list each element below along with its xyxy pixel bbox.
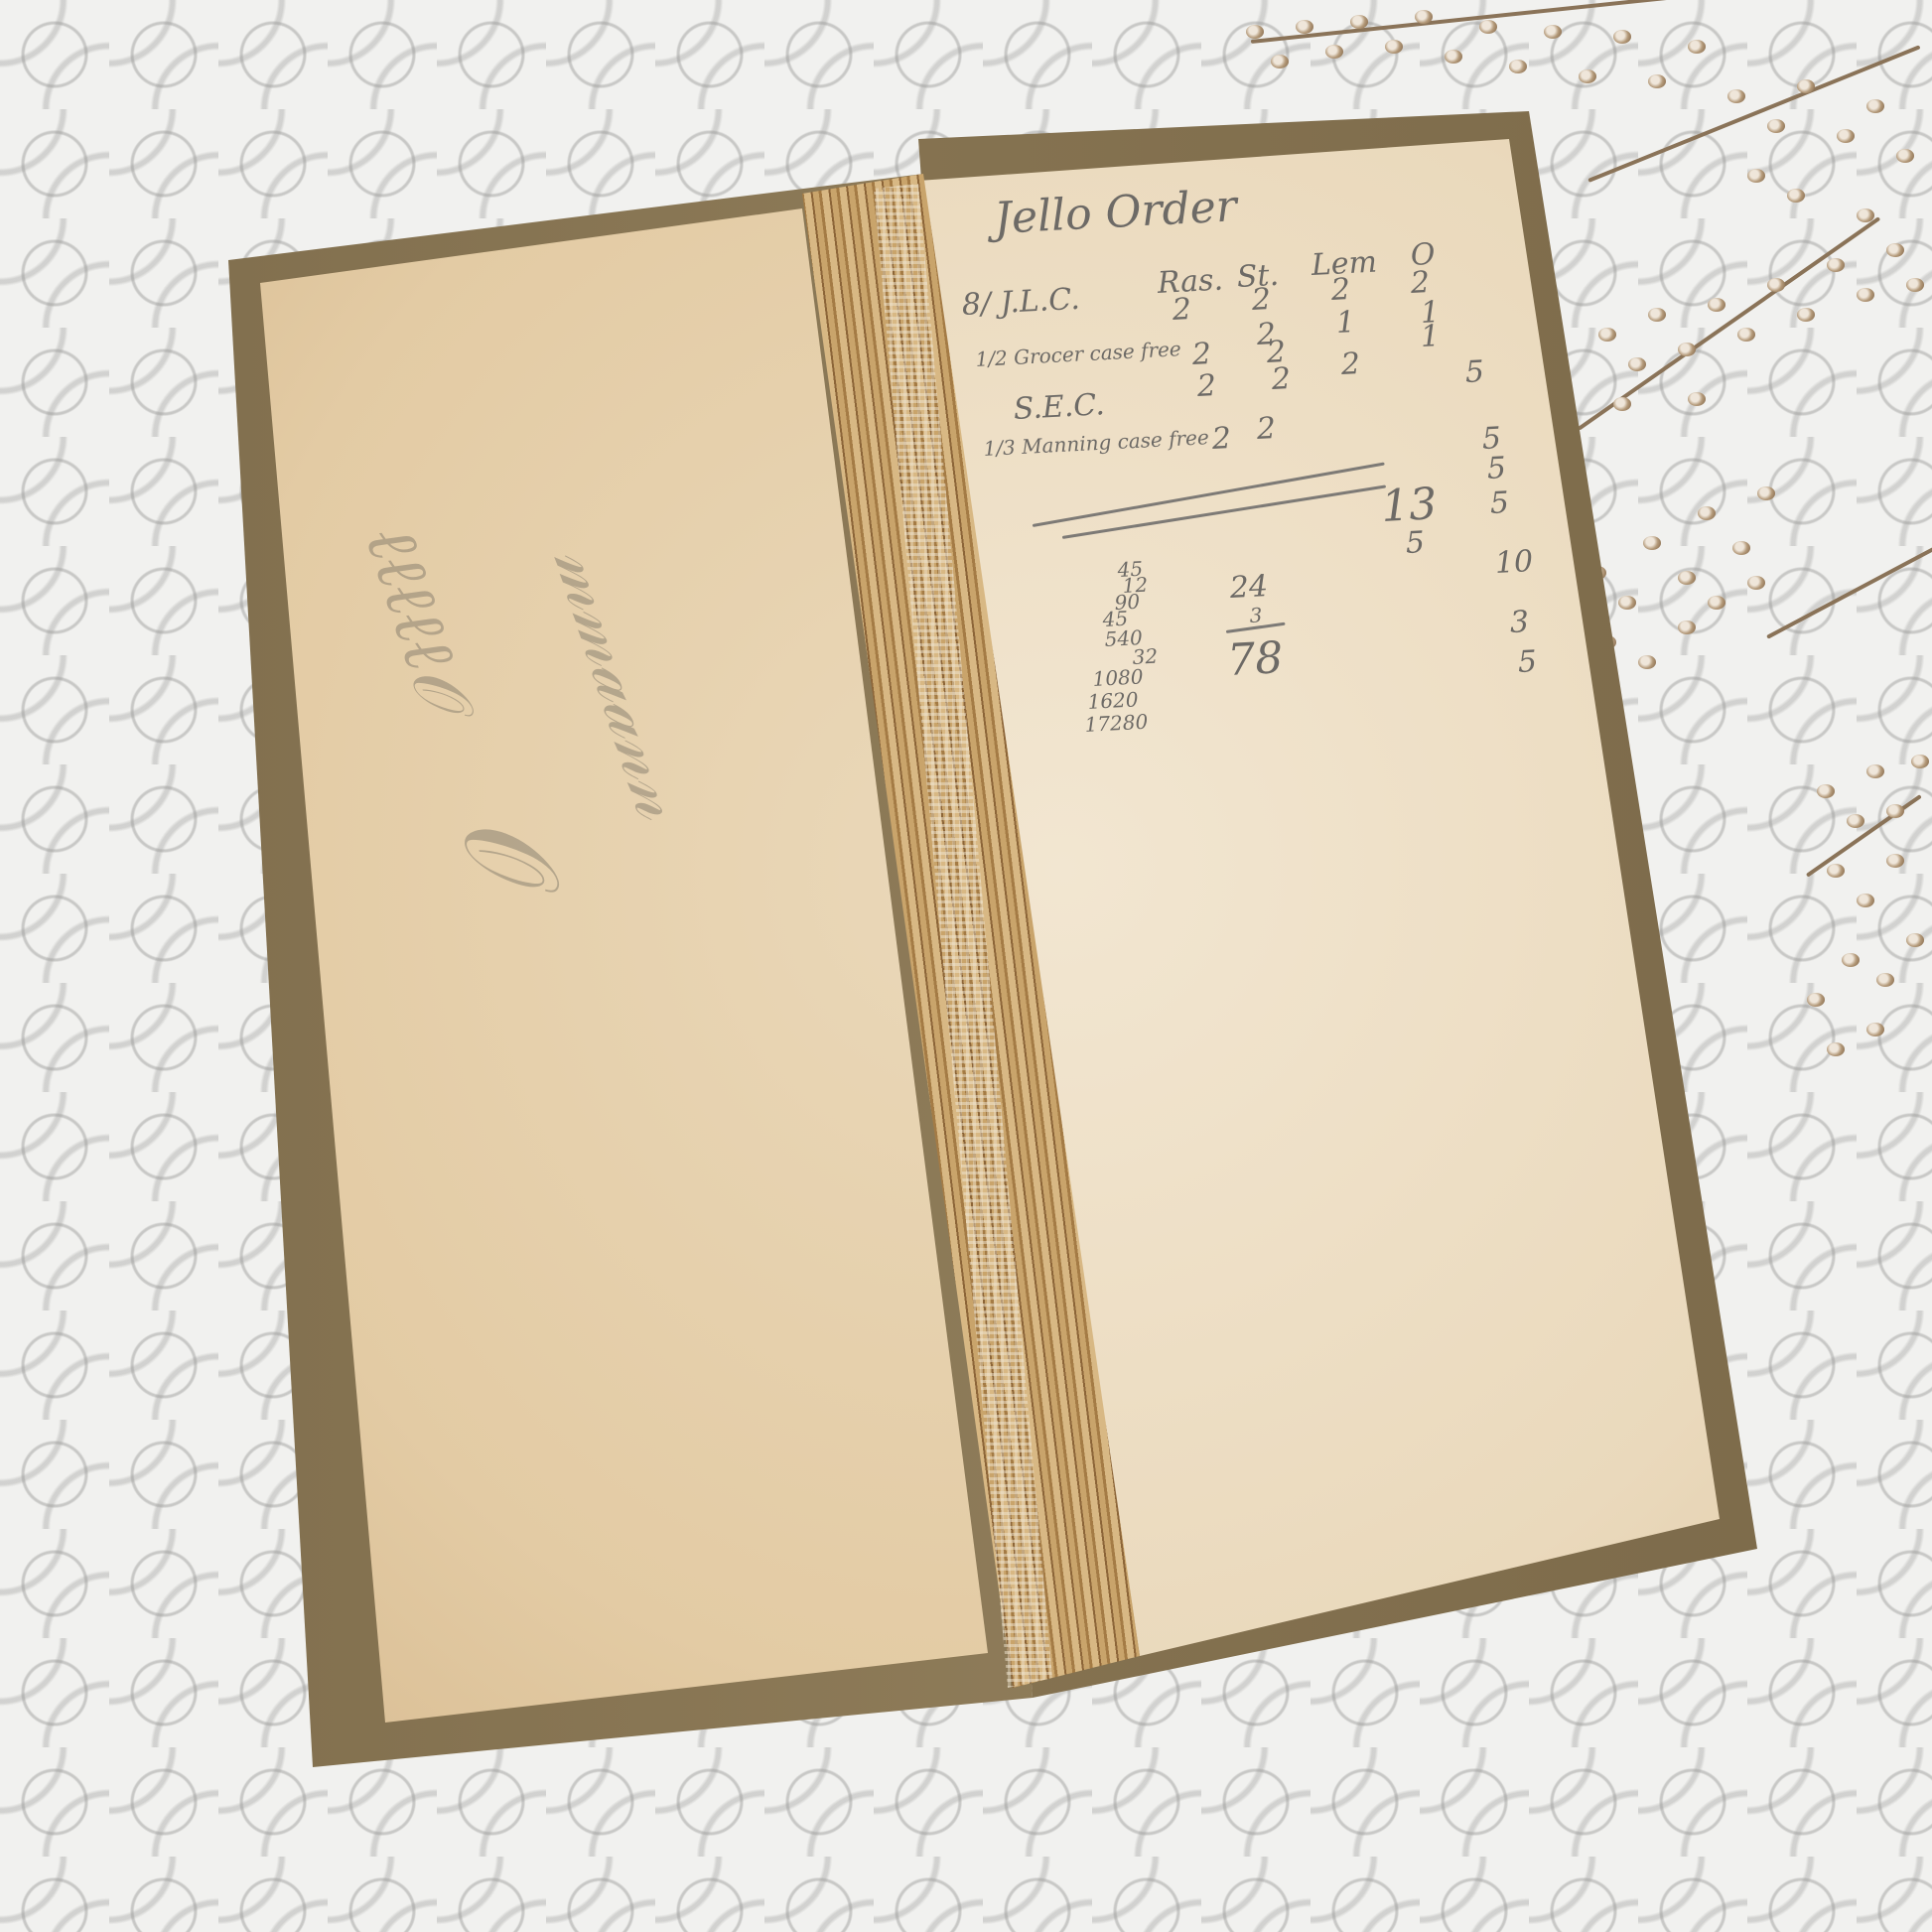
cell: 2 <box>1256 411 1277 447</box>
margin-number: 10 <box>1494 544 1534 581</box>
cell: 2 <box>1196 368 1217 404</box>
cell: 2 <box>1251 282 1272 318</box>
cell: 2 <box>1211 421 1232 457</box>
margin-number: 5 <box>1464 354 1485 390</box>
margin-number: 5 <box>1486 451 1507 486</box>
row-label-sec: S.E.C. <box>1013 387 1106 427</box>
calc-line: 17280 <box>1084 710 1149 737</box>
cell: 2 <box>1330 272 1351 308</box>
order-total: 13 <box>1380 479 1439 532</box>
cell: 2 <box>1271 361 1292 397</box>
order-total-sub: 5 <box>1405 525 1426 561</box>
margin-number: 5 <box>1517 644 1538 680</box>
cell: 1 <box>1420 319 1441 354</box>
cell: 1 <box>1335 305 1356 341</box>
cell: 2 <box>1340 346 1361 382</box>
cell: 2 <box>1172 292 1192 328</box>
calc-line: 78 <box>1226 632 1285 686</box>
calc-line: 3 <box>1249 603 1263 627</box>
margin-number: 3 <box>1509 605 1530 640</box>
cell: 2 <box>1191 337 1212 372</box>
margin-number: 5 <box>1489 485 1510 521</box>
row-label-jlc: 8/ J.L.C. <box>961 282 1081 323</box>
calc-line: 24 <box>1229 569 1269 606</box>
